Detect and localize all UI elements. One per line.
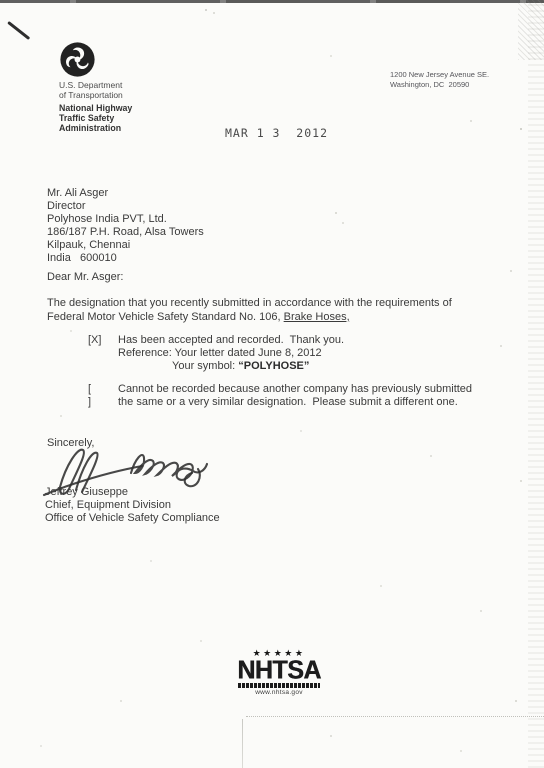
scan-pen-mark-artifact xyxy=(7,21,30,40)
address-line1: 1200 New Jersey Avenue SE. xyxy=(390,70,489,80)
checkbox-checked: [X] xyxy=(88,334,101,347)
dept-of-transportation-label: U.S. Department of Transportation xyxy=(59,81,123,100)
received-date-stamp: MAR 1 3 2012 xyxy=(225,126,328,140)
paragraph-line1: The designation that you recently submit… xyxy=(47,297,517,311)
recipient-address-block: Mr. Ali Asger Director Polyhose India PV… xyxy=(47,187,204,265)
nhtsa-wordmark: NHTSA xyxy=(232,657,326,682)
symbol-value: “POLYHOSE” xyxy=(238,360,309,372)
recipient-street: 186/187 P.H. Road, Alsa Towers xyxy=(47,226,204,239)
scan-bottom-horizontal-line xyxy=(246,716,544,717)
signer-office: Office of Vehicle Safety Compliance xyxy=(45,512,220,525)
signature-block: Jeffrey Giuseppe Chief, Equipment Divisi… xyxy=(45,486,220,525)
agency-line2: Traffic Safety xyxy=(59,113,132,123)
accepted-reference-line: Reference: Your letter dated June 8, 201… xyxy=(118,347,508,360)
nhtsa-website-url: www.nhtsa.gov xyxy=(232,689,326,696)
standard-name-underlined: Brake Hoses, xyxy=(284,311,350,323)
symbol-label: Your symbol: xyxy=(172,360,238,372)
rejected-line1: Cannot be recorded because another compa… xyxy=(118,383,508,396)
opening-paragraph: The designation that you recently submit… xyxy=(47,297,517,324)
scan-top-edge-artifact xyxy=(0,0,544,3)
nhtsa-agency-label: National Highway Traffic Safety Administ… xyxy=(59,103,132,133)
recipient-company: Polyhose India PVT, Ltd. xyxy=(47,213,204,226)
agency-line1: National Highway xyxy=(59,103,132,113)
option-rejected-text: Cannot be recorded because another compa… xyxy=(118,383,508,409)
usdot-triskelion-logo-icon xyxy=(59,41,96,78)
accepted-line1: Has been accepted and recorded. Thank yo… xyxy=(118,334,508,347)
scan-edge-noise xyxy=(528,0,544,768)
checkbox-unchecked: [ ] xyxy=(88,383,91,409)
scan-bottom-vertical-line xyxy=(242,719,243,768)
salutation: Dear Mr. Asger: xyxy=(47,271,123,283)
signer-title: Chief, Equipment Division xyxy=(45,499,220,512)
accepted-symbol-line: Your symbol: “POLYHOSE” xyxy=(172,360,508,373)
recipient-country: India 600010 xyxy=(47,252,204,265)
address-line2: Washington, DC 20590 xyxy=(390,80,489,90)
signer-name: Jeffrey Giuseppe xyxy=(45,486,220,499)
paragraph-line2: Federal Motor Vehicle Safety Standard No… xyxy=(47,311,517,325)
paragraph-line2-text: Federal Motor Vehicle Safety Standard No… xyxy=(47,311,284,323)
rejected-line2: the same or a very similar designation. … xyxy=(118,396,508,409)
recipient-city: Kilpauk, Chennai xyxy=(47,239,204,252)
recipient-name: Mr. Ali Asger xyxy=(47,187,204,200)
recipient-title: Director xyxy=(47,200,204,213)
headquarters-address: 1200 New Jersey Avenue SE. Washington, D… xyxy=(390,70,489,90)
scan-corner-noise xyxy=(518,0,544,60)
agency-line3: Administration xyxy=(59,123,132,133)
scanned-letter-page: U.S. Department of Transportation Nation… xyxy=(0,0,544,768)
option-accepted-text: Has been accepted and recorded. Thank yo… xyxy=(118,334,508,373)
dept-line2: of Transportation xyxy=(59,91,123,101)
nhtsa-footer-logo: ★★★★★ NHTSA www.nhtsa.gov xyxy=(232,648,326,696)
